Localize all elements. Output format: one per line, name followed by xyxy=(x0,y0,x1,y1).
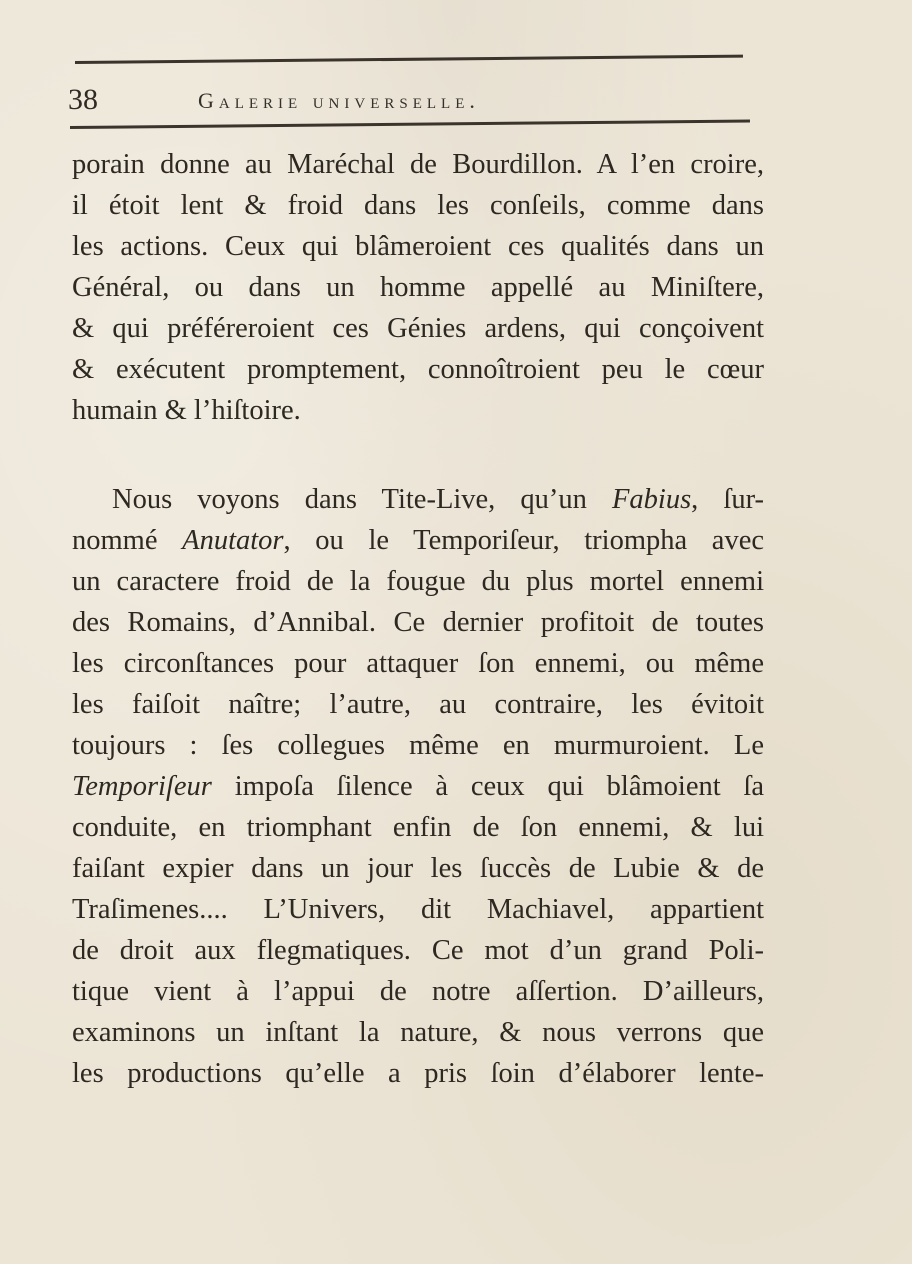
text-line: les faiſoit naître; l’autre, au contrair… xyxy=(72,684,764,725)
text-line: toujours : ſes collegues même en murmuro… xyxy=(72,725,764,766)
text-line: Traſimenes.... L’Univers, dit Machiavel,… xyxy=(72,889,764,930)
text-line: humain & l’hiſtoire. xyxy=(72,390,764,431)
header-rule-top xyxy=(75,55,743,64)
italic-term: Temporiſeur xyxy=(72,771,212,802)
text-line: il étoit lent & froid dans les conſeils,… xyxy=(72,185,764,226)
text-line: nommé Anutator, ou le Temporiſeur, triom… xyxy=(72,520,764,561)
running-title: Galerie universelle. xyxy=(198,84,480,118)
text-line: Nous voyons dans Tite-Live, qu’un Fabius… xyxy=(72,479,764,520)
text-line: & exécutent promptement, connoîtroient p… xyxy=(72,349,764,390)
page-number: 38 xyxy=(68,80,98,120)
paragraph-gap xyxy=(72,431,772,479)
text-line: de droit aux flegmatiques. Ce mot d’un g… xyxy=(72,930,764,971)
text-line: faiſant expier dans un jour les ſuccès d… xyxy=(72,848,764,889)
text-line: porain donne au Maréchal de Bourdillon. … xyxy=(72,144,764,185)
text-line: examinons un inſtant la nature, & nous v… xyxy=(72,1012,764,1053)
book-page: 38 Galerie universelle. porain donne au … xyxy=(0,0,912,1264)
body-text: porain donne au Maréchal de Bourdillon. … xyxy=(72,144,772,1094)
text-line: conduite, en triomphant enfin de ſon enn… xyxy=(72,807,764,848)
text-line: les circonſtances pour attaquer ſon enne… xyxy=(72,643,764,684)
header-rule-bottom xyxy=(70,119,750,129)
paragraph-2: Nous voyons dans Tite-Live, qu’un Fabius… xyxy=(72,479,772,1094)
text-line: Temporiſeur impoſa ſilence à ceux qui bl… xyxy=(72,766,764,807)
italic-term: Fabius xyxy=(612,484,691,515)
text-line: les productions qu’elle a pris ſoin d’él… xyxy=(72,1053,764,1094)
italic-term: Anutator xyxy=(182,525,283,556)
text-line: des Romains, d’Annibal. Ce dernier profi… xyxy=(72,602,764,643)
text-line: les actions. Ceux qui blâmeroient ces qu… xyxy=(72,226,764,267)
running-head: 38 Galerie universelle. xyxy=(68,80,768,120)
paragraph-1: porain donne au Maréchal de Bourdillon. … xyxy=(72,144,772,431)
text-line: Général, ou dans un homme appellé au Min… xyxy=(72,267,764,308)
text-line: tique vient à l’appui de notre aſſertion… xyxy=(72,971,764,1012)
text-line: un caractere froid de la fougue du plus … xyxy=(72,561,764,602)
text-line: & qui préféreroient ces Génies ardens, q… xyxy=(72,308,764,349)
